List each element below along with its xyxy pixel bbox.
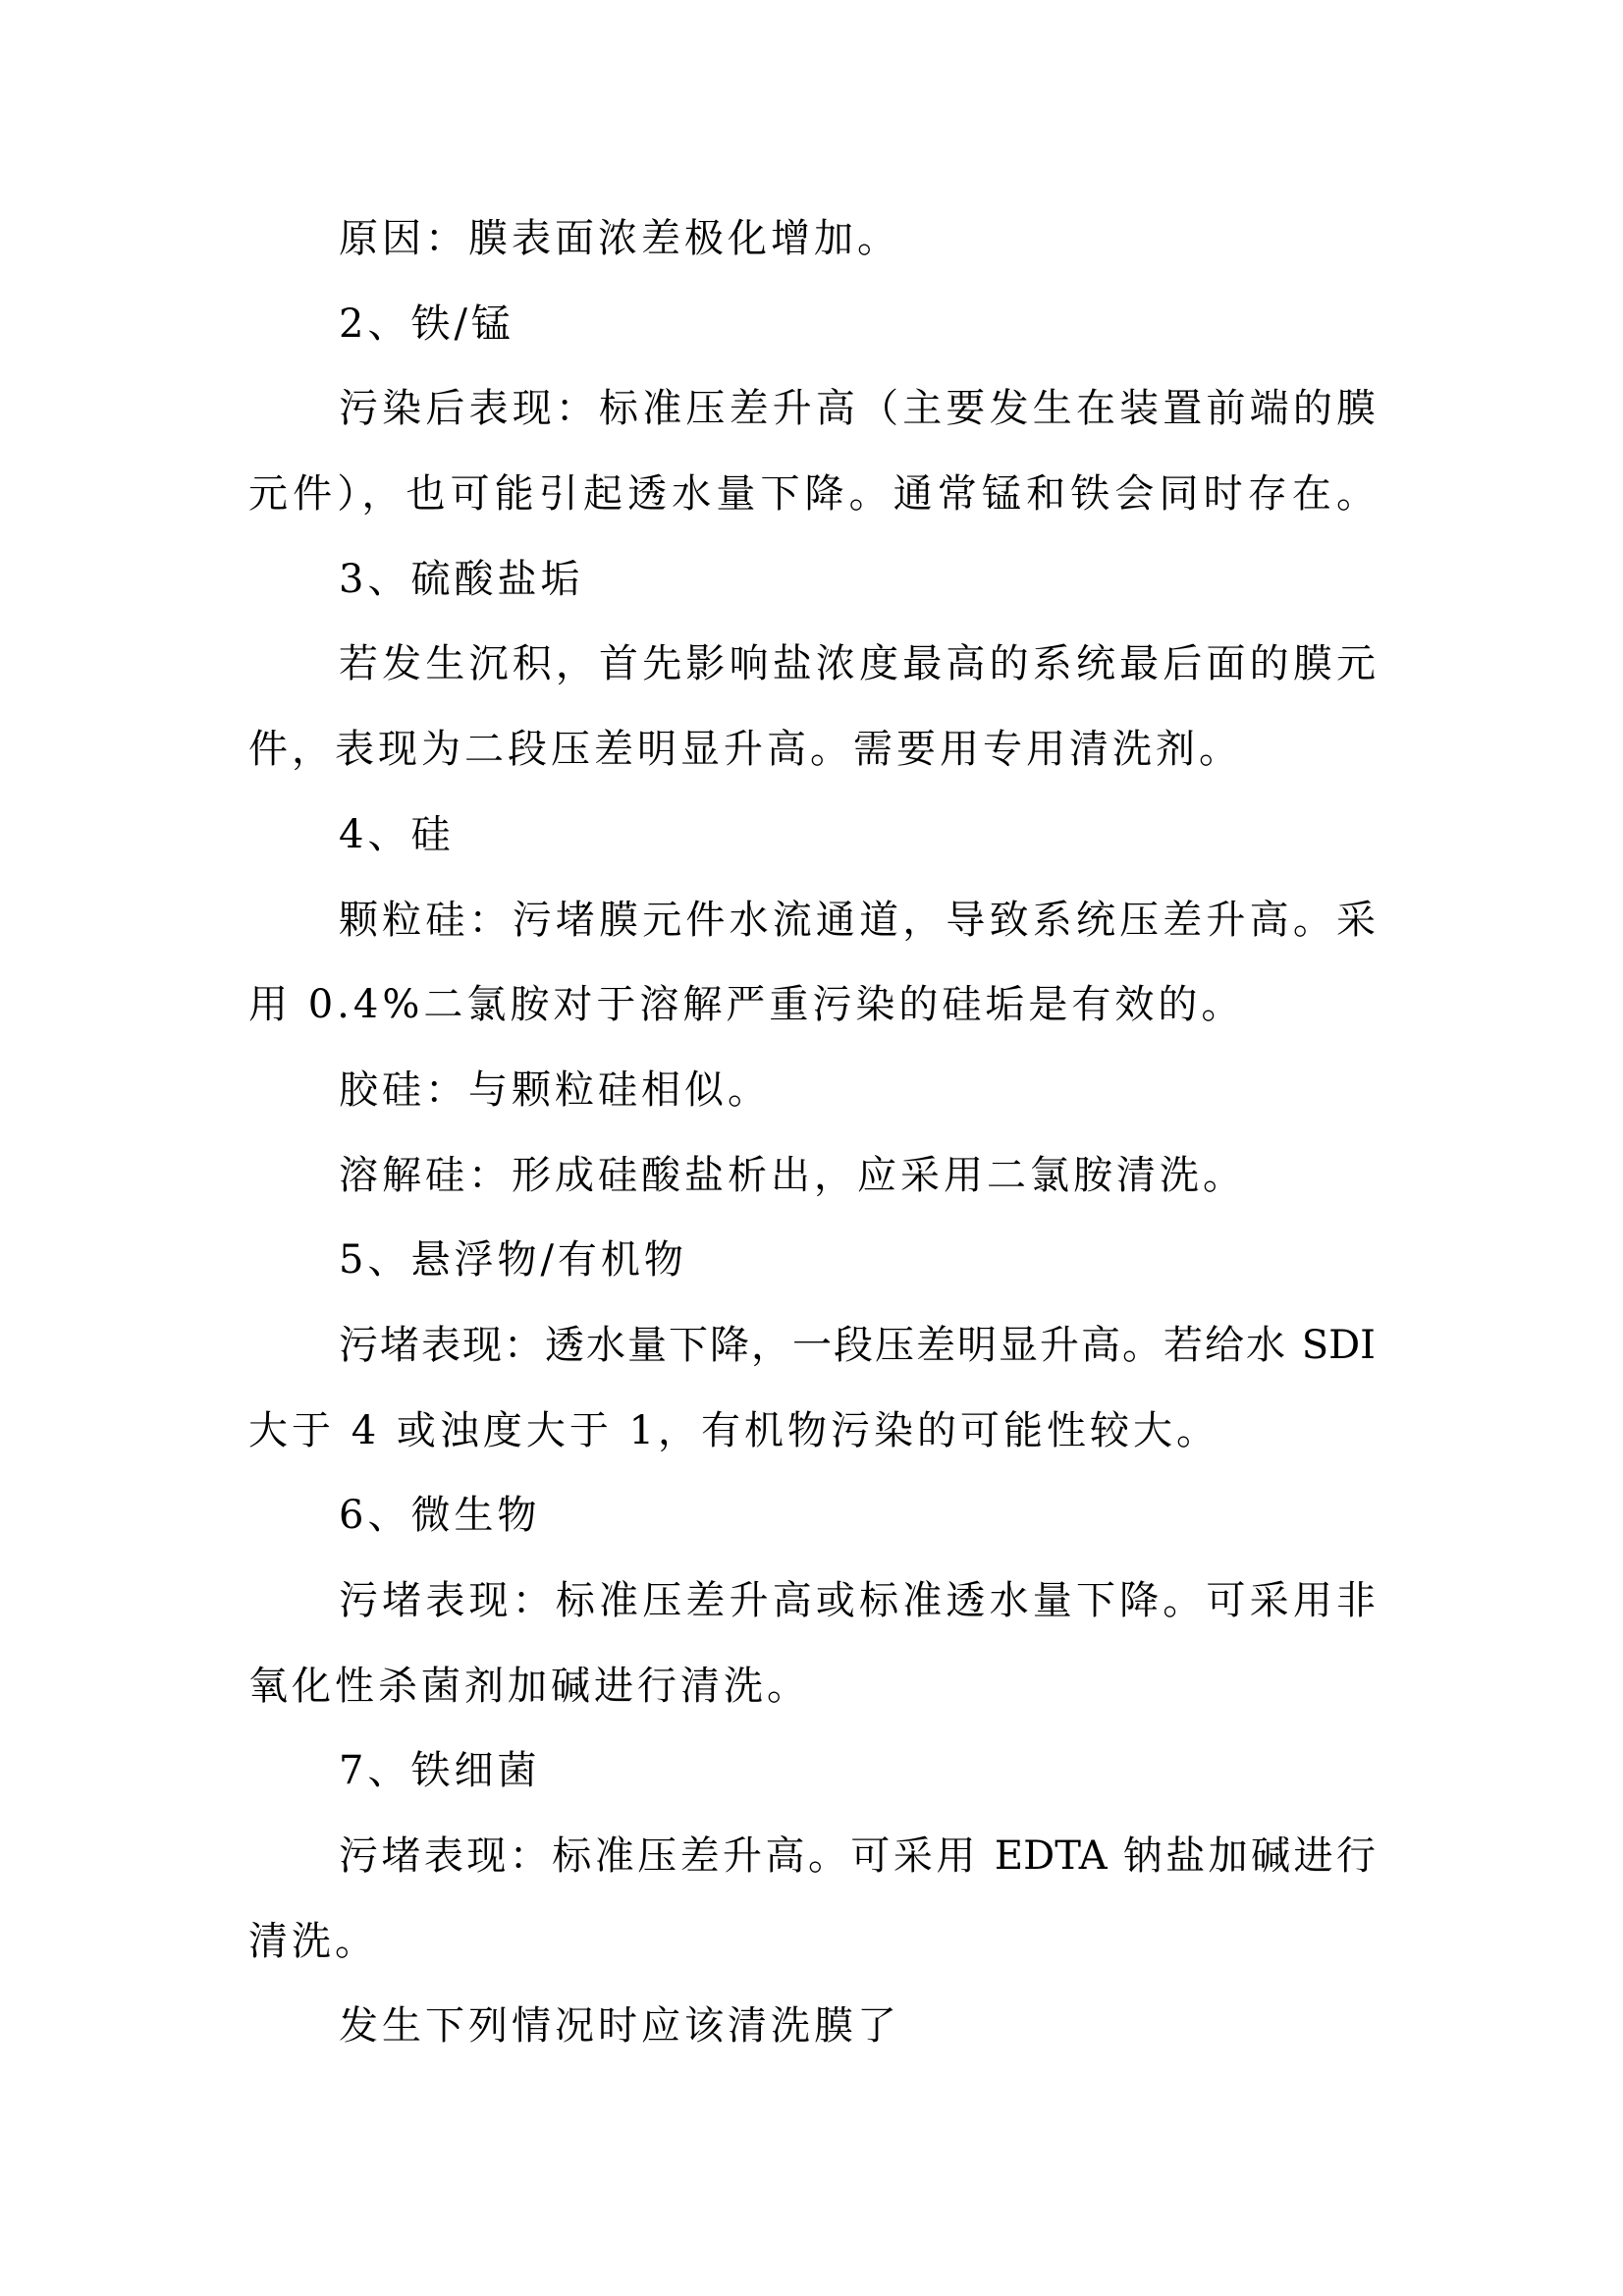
- paragraph-particulate-silica-line-2: 用 0.4%二氯胺对于溶解严重污染的硅垢是有效的。: [248, 962, 1376, 1048]
- paragraph-microorganisms-line-2: 氧化性杀菌剂加碱进行清洗。: [248, 1644, 1376, 1729]
- paragraph-iron-bacteria-line-2: 清洗。: [248, 1899, 1376, 1985]
- section-heading-microorganisms: 6、微生物: [248, 1473, 1376, 1558]
- paragraph-colloidal-silica: 胶硅：与颗粒硅相似。: [248, 1048, 1376, 1133]
- paragraph-sulfate-scale-line-1: 若发生沉积，首先影响盐浓度最高的系统最后面的膜元: [248, 622, 1376, 707]
- section-heading-suspended-organic: 5、悬浮物/有机物: [248, 1218, 1376, 1303]
- paragraph-cleaning-conditions-intro: 发生下列情况时应该清洗膜了: [248, 1984, 1376, 2069]
- paragraph-suspended-organic-line-1: 污堵表现：透水量下降，一段压差明显升高。若给水 SDI: [248, 1303, 1376, 1389]
- paragraph-dissolved-silica: 溶解硅：形成硅酸盐析出，应采用二氯胺清洗。: [248, 1133, 1376, 1219]
- paragraph-cause: 原因：膜表面浓差极化增加。: [248, 196, 1376, 282]
- paragraph-particulate-silica-line-1: 颗粒硅：污堵膜元件水流通道，导致系统压差升高。采: [248, 878, 1376, 963]
- paragraph-suspended-organic-line-2: 大于 4 或浊度大于 1，有机物污染的可能性较大。: [248, 1389, 1376, 1474]
- paragraph-iron-manganese-line-2: 元件），也可能引起透水量下降。通常锰和铁会同时存在。: [248, 452, 1376, 537]
- paragraph-microorganisms-line-1: 污堵表现：标准压差升高或标准透水量下降。可采用非: [248, 1558, 1376, 1644]
- section-heading-iron-manganese: 2、铁/锰: [248, 282, 1376, 367]
- document-body: 原因：膜表面浓差极化增加。 2、铁/锰 污染后表现：标准压差升高（主要发生在装置…: [248, 196, 1376, 2069]
- section-heading-silicon: 4、硅: [248, 793, 1376, 878]
- document-page: 原因：膜表面浓差极化增加。 2、铁/锰 污染后表现：标准压差升高（主要发生在装置…: [0, 0, 1623, 2296]
- section-heading-sulfate-scale: 3、硫酸盐垢: [248, 537, 1376, 623]
- paragraph-sulfate-scale-line-2: 件，表现为二段压差明显升高。需要用专用清洗剂。: [248, 707, 1376, 793]
- paragraph-iron-manganese-line-1: 污染后表现：标准压差升高（主要发生在装置前端的膜: [248, 366, 1376, 452]
- section-heading-iron-bacteria: 7、铁细菌: [248, 1728, 1376, 1814]
- paragraph-iron-bacteria-line-1: 污堵表现：标准压差升高。可采用 EDTA 钠盐加碱进行: [248, 1814, 1376, 1899]
